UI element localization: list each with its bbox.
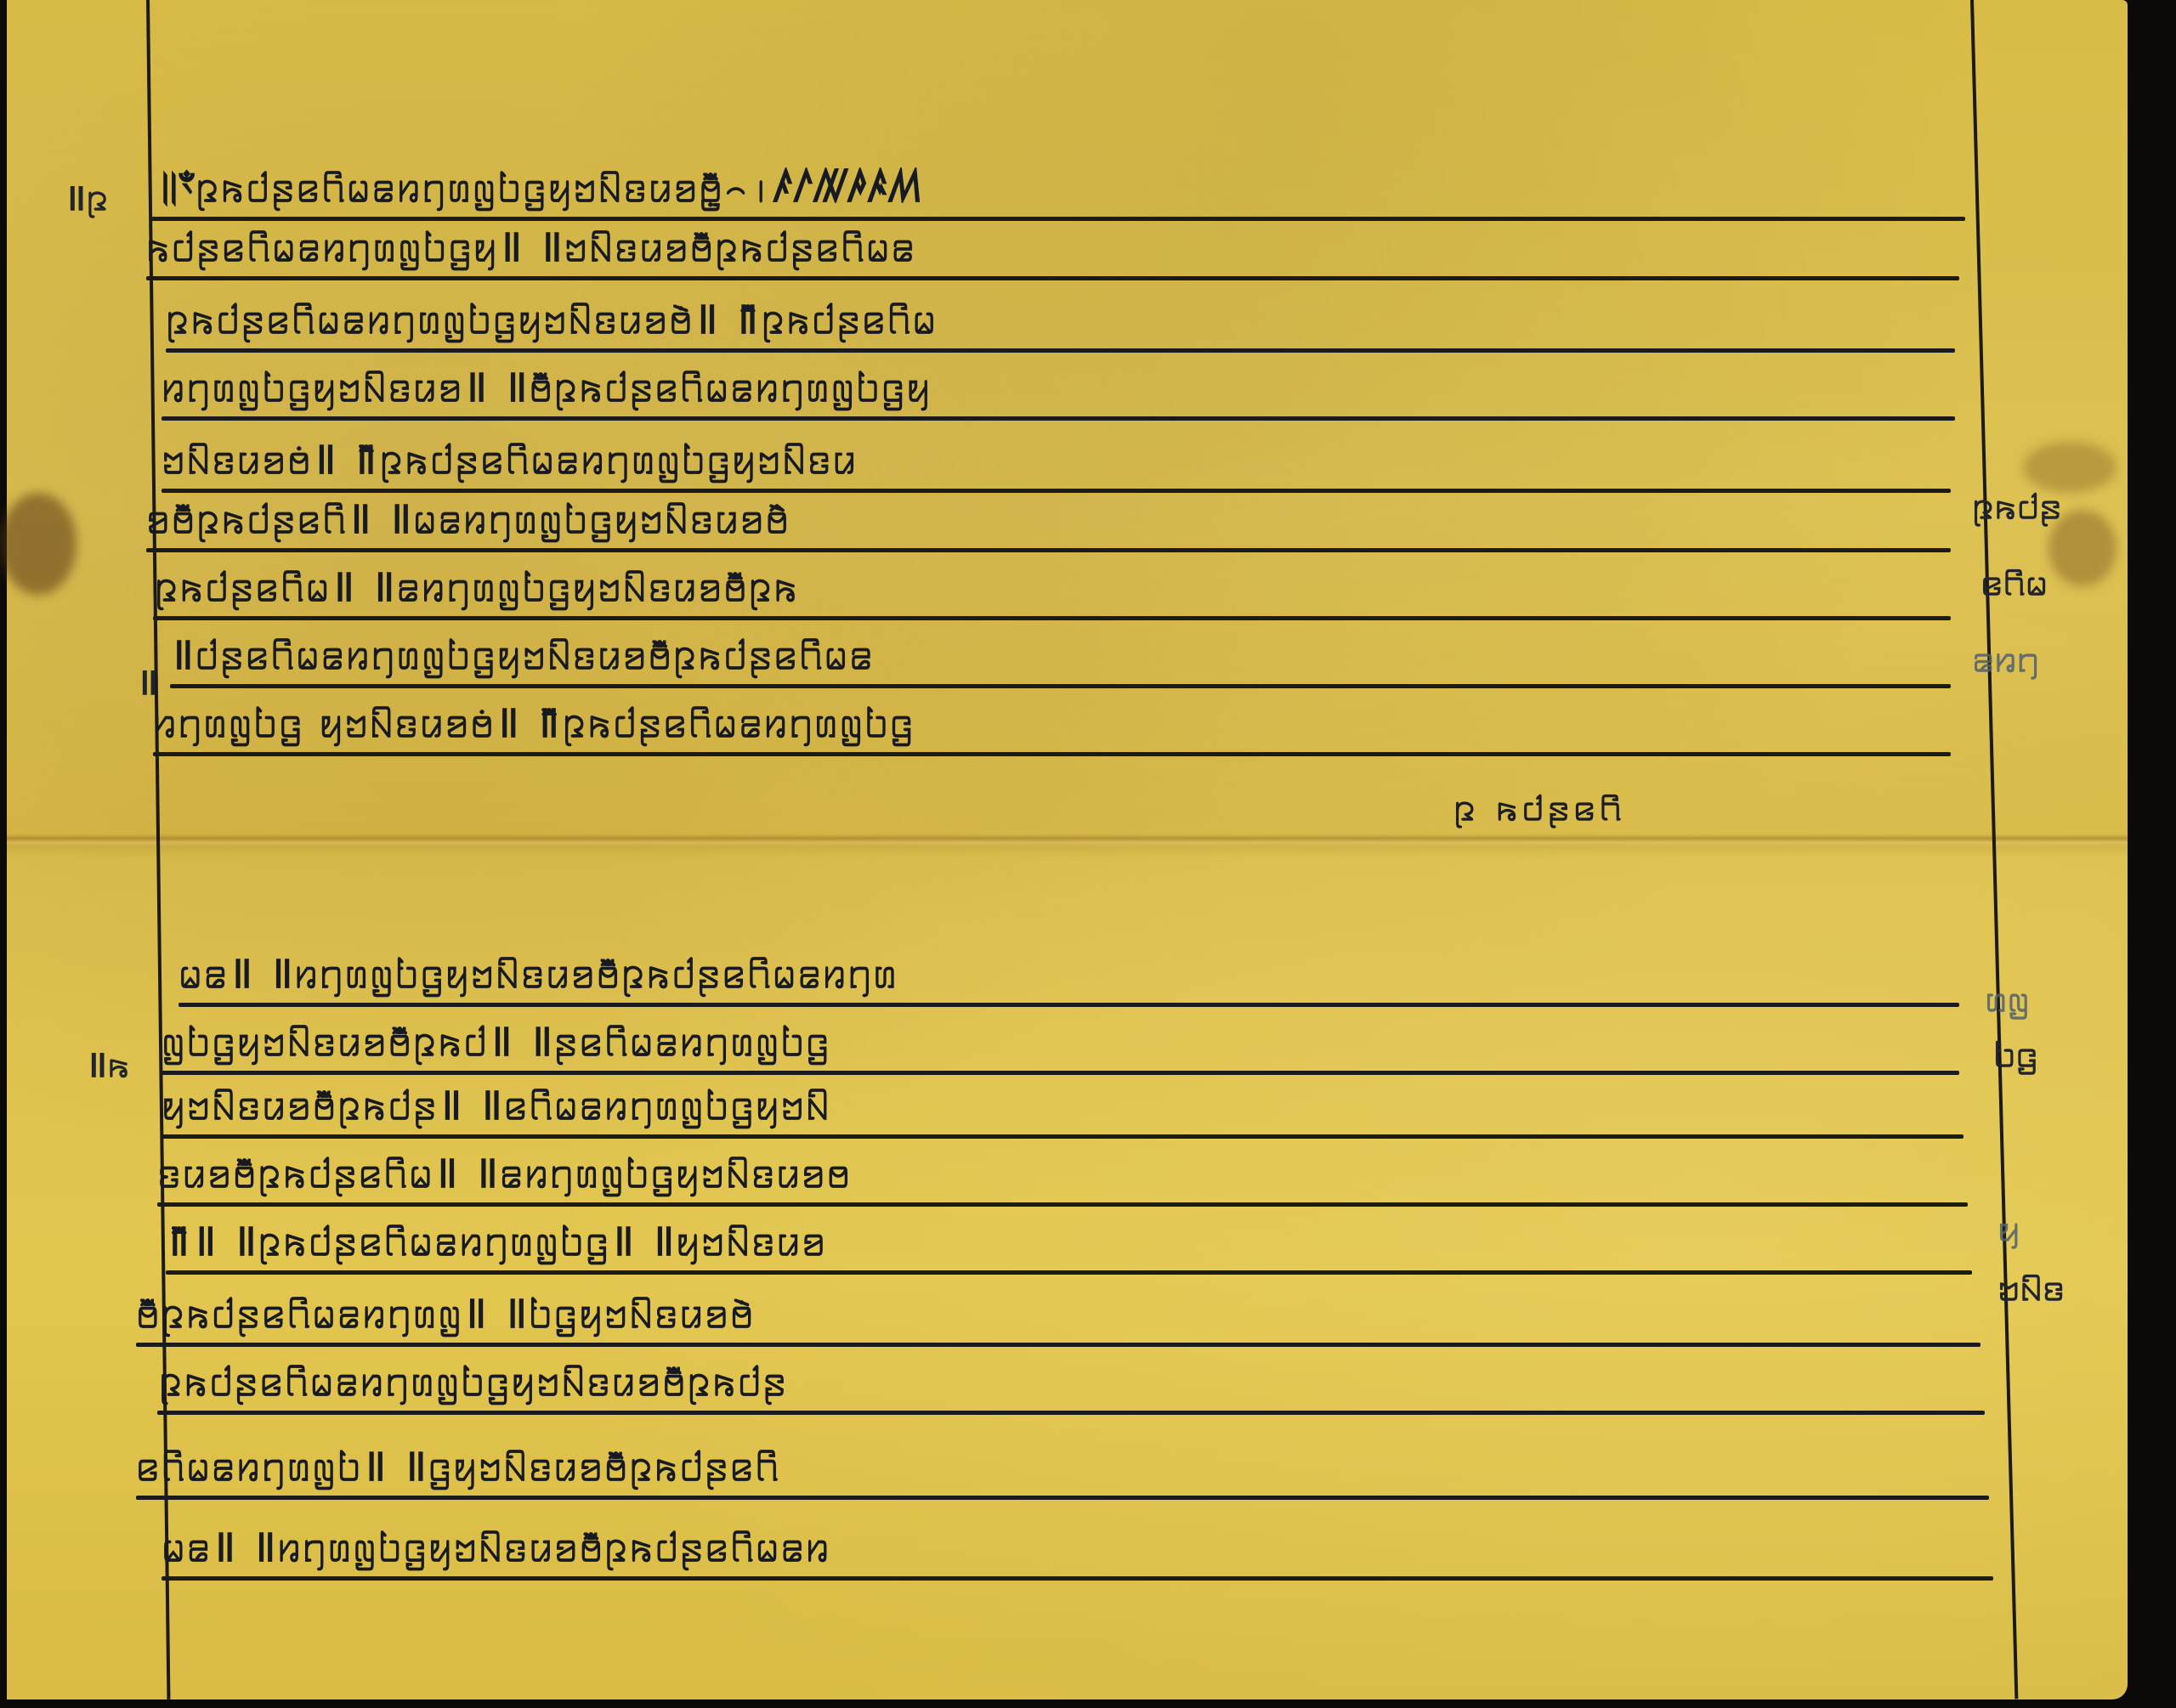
- ruled-baseline: [146, 548, 1951, 552]
- line-glyphs: ꤢꤣꤤꤥꤦꤧꤨꤩꤪꤐꤒꤓꤔꤕꤖꤗ॥ ॥ꤘꤙꤚꤛꤜꤝꤞꤟꤠꤡꤢꤣꤤꤥ: [157, 1150, 852, 1201]
- right-margin-note: ꤐꤒꤓꤔ: [1972, 484, 2062, 528]
- ruled-baseline: [151, 217, 1965, 221]
- manuscript-line: ꤢꤣꤤꤥꤦꤧꤨꤩꤪꤐꤒꤓꤔꤕꤖꤗ॥ ॥ꤘꤙꤚꤛꤜꤝꤞꤟꤠꤡꤢꤣꤤꤥ: [157, 1150, 1968, 1201]
- ruled-baseline: [161, 1134, 1963, 1139]
- manuscript-line: ꤒꤓꤔꤕꤖꤗꤘꤙꤚꤛꤜꤝꤞꤟ॥ ॥ꤠꤡꤢꤣꤤꤥꤦꤧꤨꤩꤪꤐꤒꤓꤔꤕꤖꤗꤘ: [146, 223, 1959, 274]
- manuscript-line: ꤙꤚꤛꤜꤝꤞ ꤟꤠꤡꤢꤣꤤꤥꤦ॥ ॥ꤧꤨꤩꤪꤐꤒꤓꤔꤕꤖꤗꤘꤙꤚꤛꤜꤝꤞ: [153, 699, 1951, 750]
- line-glyphs: ꤥꤦꤧꤨꤩꤪꤐꤒꤓꤔꤕꤖꤗꤘꤙꤚꤛꤜ॥ ॥ꤝꤞꤟꤠꤡꤢꤣꤤꤥꤦꤧ: [136, 1290, 755, 1341]
- line-glyphs: ꤗꤘ॥ ॥ꤙꤚꤛꤜꤝꤞꤟꤠꤡꤢꤣꤤꤥꤦꤧꤨꤩꤪꤐꤒꤓꤔꤕꤖꤗꤘꤙꤚꤛ: [178, 950, 898, 1001]
- caption-line: ꤐ ꤒꤓꤔꤕꤖ: [1453, 786, 1625, 829]
- line-glyphs: ꤜꤝꤞꤟꤠꤡꤢꤣꤤꤥꤦꤧꤨꤩꤪꤐꤒꤓ॥ ॥ꤔꤕꤖꤗꤘꤙꤚꤛꤜꤝꤞ: [161, 1018, 831, 1069]
- ruled-baseline: [146, 276, 1959, 280]
- right-margin-note: ꤝꤞ: [1993, 1032, 2038, 1076]
- right-margin-note: ꤠꤡꤢ: [1997, 1266, 2065, 1309]
- ruled-baseline: [161, 1071, 1959, 1075]
- ruled-baseline: [161, 1576, 1993, 1581]
- line-glyphs: ꤟꤠꤡꤢꤣꤤꤥꤦꤧꤨꤩꤪꤐꤒꤓꤔ॥ ॥ꤕꤖꤗꤘꤙꤚꤛꤜꤝꤞꤟꤠꤡ: [161, 1082, 831, 1133]
- line-glyphs: ꤐꤒꤓꤔꤕꤖꤗꤘꤙꤚꤛꤜꤝꤞꤟꤠꤡꤢꤣꤤꤥꤦꤧ॥ ॥ꤨꤩꤪꤐꤒꤓꤔꤕꤖꤗ: [166, 296, 938, 347]
- ruled-baseline: [178, 1003, 1959, 1007]
- right-margin-note: ꤛꤜ: [1985, 977, 2030, 1021]
- manuscript-line: ꤕꤖꤗꤘꤙꤚꤛꤜꤝ॥ ॥ꤞꤟꤠꤡꤢꤣꤤꤥꤦꤧꤨꤩꤪꤐꤒꤓꤔꤕꤖ: [136, 1443, 1989, 1494]
- manuscript-line: ꤙꤚꤛꤜꤝꤞꤟꤠꤡꤢꤣꤤ॥ ॥ꤥꤦꤧꤨꤩꤪꤐꤒꤓꤔꤕꤖꤗꤘꤙꤚꤛꤜꤝꤞꤟ: [161, 364, 1955, 415]
- ruled-baseline: [153, 752, 1951, 756]
- right-margin-note: ꤕꤖꤗ: [1980, 561, 2048, 604]
- line-glyphs: ꤙꤚꤛꤜꤝꤞꤟꤠꤡꤢꤣꤤ॥ ॥ꤥꤦꤧꤨꤩꤪꤐꤒꤓꤔꤕꤖꤗꤘꤙꤚꤛꤜꤝꤞꤟ: [161, 364, 932, 415]
- ruled-baseline: [161, 489, 1951, 493]
- line-glyphs: ꤤꤥꤦꤧꤨꤩꤪꤐꤒꤓꤔꤕꤖ॥ ॥ꤗꤘꤙꤚꤛꤜꤝꤞꤟꤠꤡꤢꤣꤤꤥꤦꤧꤨ: [146, 495, 790, 546]
- manuscript-line: ꤥꤦꤧꤨꤩꤪꤐꤒꤓꤔꤕꤖꤗꤘꤙꤚꤛꤜ॥ ॥ꤝꤞꤟꤠꤡꤢꤣꤤꤥꤦꤧ: [136, 1290, 1980, 1341]
- page-fold: [7, 834, 2128, 846]
- line-glyphs: ꤠꤡꤢꤣꤤꤥꤦ॥ ॥ꤧꤨꤩꤪꤐꤒꤓꤔꤕꤖꤗꤘꤙꤚꤛꤜꤝꤞꤟꤠꤡꤢꤣ: [161, 436, 858, 487]
- line-glyphs: ॥ꣳꤐꤒꤓꤔꤕꤖꤗꤘꤙꤚꤛꤜꤝꤞꤟꤠꤡꤢꤣꤤꤥꤦꤧꤨꤩꤪ꤫꤬꤭꤮꤯ꤰꤱꤲꤳꤴꤵ: [151, 164, 925, 215]
- line-glyphs: ꤙꤚꤛꤜꤝꤞ ꤟꤠꤡꤢꤣꤤꤥꤦ॥ ॥ꤧꤨꤩꤪꤐꤒꤓꤔꤕꤖꤗꤘꤙꤚꤛꤜꤝꤞ: [153, 699, 915, 750]
- manuscript-line: ꤤꤥꤦꤧꤨꤩꤪꤐꤒꤓꤔꤕꤖ॥ ॥ꤗꤘꤙꤚꤛꤜꤝꤞꤟꤠꤡꤢꤣꤤꤥꤦꤧꤨ: [146, 495, 1951, 546]
- manuscript-line: ꤜꤝꤞꤟꤠꤡꤢꤣꤤꤥꤦꤧꤨꤩꤪꤐꤒꤓ॥ ॥ꤔꤕꤖꤗꤘꤙꤚꤛꤜꤝꤞ: [161, 1018, 1959, 1069]
- manuscript-line: ꤗꤘ॥ ॥ꤙꤚꤛꤜꤝꤞꤟꤠꤡꤢꤣꤤꤥꤦꤧꤨꤩꤪꤐꤒꤓꤔꤕꤖꤗꤘꤙ: [161, 1524, 1993, 1575]
- ruled-baseline: [153, 616, 1951, 620]
- ruled-baseline: [170, 684, 1951, 688]
- ruled-baseline: [157, 1411, 1985, 1415]
- ruled-baseline: [136, 1343, 1980, 1347]
- ruled-baseline: [161, 416, 1955, 421]
- manuscript-line: ॥ꤦꤧꤨꤩꤪ॥ ॥ꤐꤒꤓꤔꤕꤖꤗꤘꤙꤚꤛꤜꤝꤞ॥ ॥ꤟꤠꤡꤢꤣꤤ: [166, 1218, 1972, 1269]
- manuscript-line: ꤠꤡꤢꤣꤤꤥꤦ॥ ॥ꤧꤨꤩꤪꤐꤒꤓꤔꤕꤖꤗꤘꤙꤚꤛꤜꤝꤞꤟꤠꤡꤢꤣ: [161, 436, 1951, 487]
- right-margin-note: ꤟ: [1997, 1207, 2020, 1250]
- ruled-baseline: [136, 1496, 1989, 1500]
- manuscript-line: ꤩꤪꤐꤒꤓꤔꤕꤖꤗ॥ ॥ꤘꤙꤚꤛꤜꤝꤞꤟꤠꤡꤢꤣꤤꤥꤦꤧꤨꤩꤪꤐꤒ: [153, 563, 1951, 614]
- line-glyphs: ꤒꤓꤔꤕꤖꤗꤘꤙꤚꤛꤜꤝꤞꤟ॥ ॥ꤠꤡꤢꤣꤤꤥꤦꤧꤨꤩꤪꤐꤒꤓꤔꤕꤖꤗꤘ: [146, 223, 916, 274]
- manuscript-line: ॥ꤓꤔꤕꤖꤗꤘꤙꤚꤛꤜꤝꤞꤟꤠꤡꤢꤣꤤꤥꤦꤧꤨꤩꤪꤐꤒꤓꤔꤕꤖꤗꤘ: [170, 631, 1951, 682]
- ruled-baseline: [157, 1202, 1968, 1207]
- line-glyphs: ॥ꤓꤔꤕꤖꤗꤘꤙꤚꤛꤜꤝꤞꤟꤠꤡꤢꤣꤤꤥꤦꤧꤨꤩꤪꤐꤒꤓꤔꤕꤖꤗꤘ: [170, 631, 875, 682]
- left-margin-mark: ॥ꤒ: [85, 1037, 130, 1088]
- line-glyphs: ॥ꤦꤧꤨꤩꤪ॥ ॥ꤐꤒꤓꤔꤕꤖꤗꤘꤙꤚꤛꤜꤝꤞ॥ ॥ꤟꤠꤡꤢꤣꤤ: [166, 1218, 827, 1269]
- right-margin-note: ꤘꤙꤚ: [1972, 637, 2039, 681]
- left-margin-mark: ॥ꤐ: [64, 170, 109, 221]
- manuscript-line: ꤨꤩꤪꤐꤒꤓꤔꤕꤖꤗꤘꤙꤚꤛꤜꤝꤞꤟꤠꤡꤢꤣꤤꤥꤦꤧꤨꤩꤪꤐꤒꤓꤔ: [157, 1358, 1985, 1409]
- line-glyphs: ꤗꤘ॥ ॥ꤙꤚꤛꤜꤝꤞꤟꤠꤡꤢꤣꤤꤥꤦꤧꤨꤩꤪꤐꤒꤓꤔꤕꤖꤗꤘꤙ: [161, 1524, 831, 1575]
- manuscript-line: ꤟꤠꤡꤢꤣꤤꤥꤦꤧꤨꤩꤪꤐꤒꤓꤔ॥ ॥ꤕꤖꤗꤘꤙꤚꤛꤜꤝꤞꤟꤠꤡ: [161, 1082, 1963, 1133]
- ink-stain: [0, 493, 76, 595]
- manuscript-line: ꤐꤒꤓꤔꤕꤖꤗꤘꤙꤚꤛꤜꤝꤞꤟꤠꤡꤢꤣꤤꤥꤦꤧ॥ ॥ꤨꤩꤪꤐꤒꤓꤔꤕꤖꤗ: [166, 296, 1955, 347]
- ruled-baseline: [166, 348, 1955, 353]
- manuscript-line: ꤗꤘ॥ ॥ꤙꤚꤛꤜꤝꤞꤟꤠꤡꤢꤣꤤꤥꤦꤧꤨꤩꤪꤐꤒꤓꤔꤕꤖꤗꤘꤙꤚꤛ: [178, 950, 1959, 1001]
- manuscript-line: ॥ꣳꤐꤒꤓꤔꤕꤖꤗꤘꤙꤚꤛꤜꤝꤞꤟꤠꤡꤢꤣꤤꤥꤦꤧꤨꤩꤪ꤫꤬꤭꤮꤯ꤰꤱꤲꤳꤴꤵ: [151, 164, 1965, 215]
- line-glyphs: ꤩꤪꤐꤒꤓꤔꤕꤖꤗ॥ ॥ꤘꤙꤚꤛꤜꤝꤞꤟꤠꤡꤢꤣꤤꤥꤦꤧꤨꤩꤪꤐꤒ: [153, 563, 799, 614]
- ruled-baseline: [166, 1270, 1972, 1275]
- left-margin-mark: ॥: [136, 654, 158, 705]
- line-glyphs: ꤨꤩꤪꤐꤒꤓꤔꤕꤖꤗꤘꤙꤚꤛꤜꤝꤞꤟꤠꤡꤢꤣꤤꤥꤦꤧꤨꤩꤪꤐꤒꤓꤔ: [157, 1358, 788, 1409]
- line-glyphs: ꤕꤖꤗꤘꤙꤚꤛꤜꤝ॥ ॥ꤞꤟꤠꤡꤢꤣꤤꤥꤦꤧꤨꤩꤪꤐꤒꤓꤔꤕꤖ: [136, 1443, 780, 1494]
